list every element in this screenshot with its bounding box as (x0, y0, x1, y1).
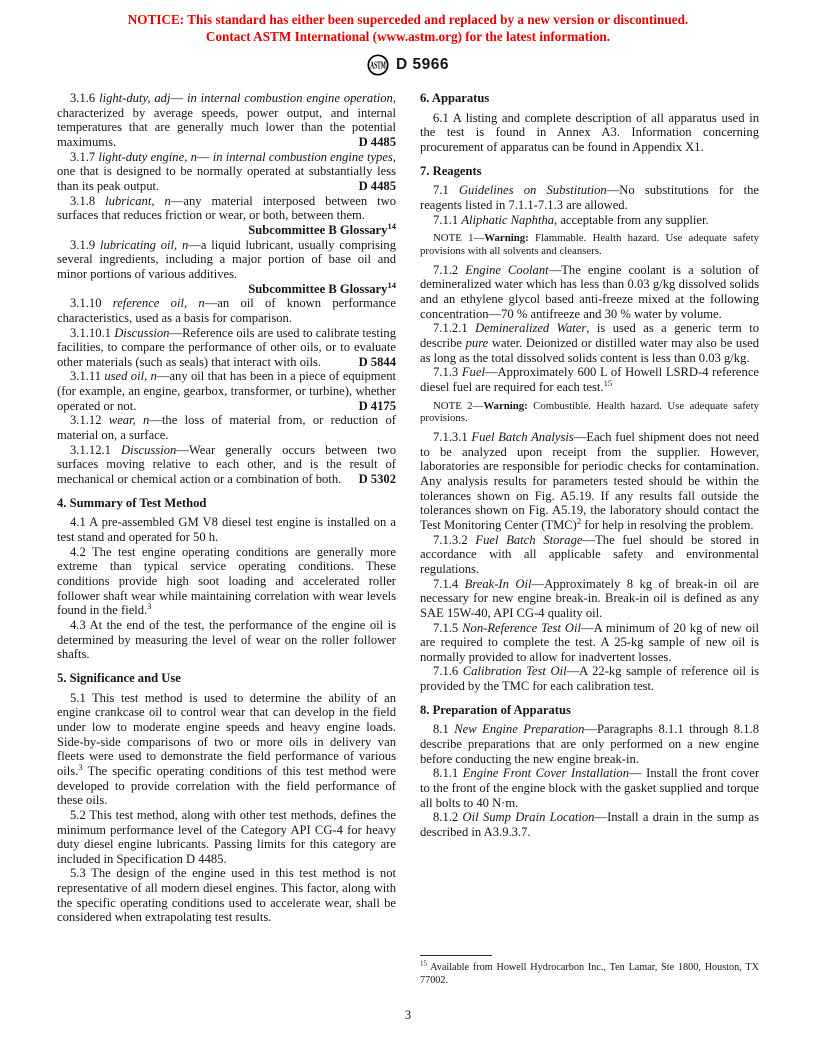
text-run: Calibration Test Oil (463, 664, 567, 678)
text-run: 5. Significance and Use (57, 671, 181, 685)
text-run: lubricating oil, n (100, 238, 188, 252)
text-run: 3.1.7 (70, 150, 98, 164)
text-run: light-duty engine, n (98, 150, 196, 164)
paragraph: 4.3 At the end of the test, the performa… (57, 618, 396, 662)
paragraph: 7.1.3.2 Fuel Batch Storage—The fuel shou… (420, 533, 759, 577)
text-run: 3 (147, 601, 151, 611)
footnote-text: 15 Available from Howell Hydrocarbon Inc… (420, 962, 759, 987)
designation-reference: D 4175 (351, 399, 396, 414)
text-run: New Engine Preparation (454, 722, 584, 736)
paragraph: 3.1.9 lubricating oil, n—a liquid lubric… (57, 238, 396, 282)
astm-logo-icon: ASTM (367, 54, 389, 76)
section-heading: 7. Reagents (420, 164, 759, 179)
text-run: Fuel (462, 365, 485, 379)
text-run: light-duty, adj (99, 91, 170, 105)
text-run: 14 (387, 279, 396, 289)
designation-reference: D 5302 (351, 472, 396, 487)
paragraph: 7.1.6 Calibration Test Oil—A 22-kg sampl… (420, 664, 759, 693)
text-run: Discussion (114, 326, 169, 340)
text-run: 5.2 This test method, along with other t… (57, 808, 396, 866)
paragraph: 3.1.11 used oil, n—any oil that has been… (57, 369, 396, 413)
text-run: for help in resolving the problem. (581, 518, 753, 532)
svg-text:ASTM: ASTM (370, 60, 386, 71)
document-page: NOTICE: This standard has either been su… (0, 0, 816, 1056)
text-run: Warning: (484, 232, 528, 244)
text-run: Non-Reference Test Oil (462, 621, 581, 635)
text-run: lubricant, n (105, 194, 171, 208)
text-run: 14 (387, 221, 396, 231)
text-run: Engine Front Cover Installation (463, 766, 629, 780)
paragraph: 7.1.5 Non-Reference Test Oil—A minimum o… (420, 621, 759, 665)
text-run: Aliphatic Naphtha (461, 213, 554, 227)
text-run: Engine Coolant (465, 263, 548, 277)
text-run: — (170, 91, 186, 105)
page-number: 3 (0, 1008, 816, 1023)
paragraph: 3.1.10.1 Discussion—Reference oils are u… (57, 326, 396, 370)
column-right: 6. Apparatus6.1 A listing and complete d… (420, 91, 759, 987)
text-run: Fuel Batch Analysis (471, 430, 573, 444)
paragraph: 7.1.1 Aliphatic Naphtha, acceptable from… (420, 213, 759, 228)
note-paragraph: NOTE 2—Warning: Combustible. Health haza… (420, 400, 759, 425)
footnote-rule (420, 955, 492, 956)
paragraph: 8.1.2 Oil Sump Drain Location—Install a … (420, 810, 759, 839)
two-column-body: 3.1.6 light-duty, adj— in internal combu… (57, 91, 759, 987)
text-run: NOTE 1— (433, 232, 484, 244)
text-run: 3.1.12 (70, 413, 109, 427)
paragraph: 5.2 This test method, along with other t… (57, 808, 396, 867)
text-run: 7.1.4 (433, 577, 465, 591)
text-run: 7.1.3.1 (433, 430, 471, 444)
text-run: 4.3 At the end of the test, the performa… (57, 618, 396, 661)
paragraph: 7.1.3 Fuel—Approximately 600 L of Howell… (420, 365, 759, 394)
text-run: 4.2 The test engine operating conditions… (57, 545, 396, 618)
paragraph: 7.1.2.1 Demineralized Water, is used as … (420, 321, 759, 365)
designation-reference: D 5844 (351, 355, 396, 370)
section-heading: 4. Summary of Test Method (57, 496, 396, 511)
text-run: 3.1.9 (70, 238, 100, 252)
text-run: — (197, 150, 213, 164)
paragraph: 6.1 A listing and complete description o… (420, 111, 759, 155)
text-run: 6.1 A listing and complete description o… (420, 111, 759, 154)
note-paragraph: NOTE 1—Warning: Flammable. Health hazard… (420, 232, 759, 257)
text-run: 7.1 (433, 183, 459, 197)
text-run: 7.1.1 (433, 213, 461, 227)
standard-header: ASTM D 5966 (0, 53, 816, 77)
text-run: 8. Preparation of Apparatus (420, 703, 571, 717)
text-run: 7.1.5 (433, 621, 462, 635)
text-run: Subcommittee B Glossary (248, 223, 387, 237)
paragraph: 3.1.12.1 Discussion—Wear generally occur… (57, 443, 396, 487)
paragraph: 5.3 The design of the engine used in thi… (57, 866, 396, 925)
text-run: 3.1.8 (70, 194, 105, 208)
text-run: 7.1.6 (433, 664, 463, 678)
section-heading: 5. Significance and Use (57, 671, 396, 686)
text-run: 8.1.1 (433, 766, 463, 780)
text-run: 7.1.2.1 (433, 321, 475, 335)
paragraph: 7.1.3.1 Fuel Batch Analysis—Each fuel sh… (420, 430, 759, 533)
text-run: The specific operating conditions of thi… (57, 764, 396, 807)
text-run: 4.1 A pre-assembled GM V8 diesel test en… (57, 515, 396, 544)
paragraph: 3.1.6 light-duty, adj— in internal combu… (57, 91, 396, 150)
column-left: 3.1.6 light-duty, adj— in internal combu… (57, 91, 396, 987)
standard-designation: D 5966 (396, 56, 449, 74)
text-run: used oil, n (104, 369, 157, 383)
text-run: 5.3 The design of the engine used in thi… (57, 866, 396, 924)
paragraph: 4.2 The test engine operating conditions… (57, 545, 396, 618)
text-run: 3.1.10.1 (70, 326, 114, 340)
paragraph: 7.1.2 Engine Coolant—The engine coolant … (420, 263, 759, 322)
text-run: 3.1.10 (70, 296, 113, 310)
text-run: Break-In Oil (465, 577, 532, 591)
paragraph: 3.1.7 light-duty engine, n— in internal … (57, 150, 396, 194)
text-run: in internal combustion engine types (213, 150, 393, 164)
paragraph: 8.1 New Engine Preparation—Paragraphs 8.… (420, 722, 759, 766)
paragraph: 3.1.10 reference oil, n—an oil of known … (57, 296, 396, 325)
text-run: 15 (420, 961, 427, 968)
text-run: 8.1.2 (433, 810, 463, 824)
text-run: 7.1.3.2 (433, 533, 475, 547)
paragraph: 7.1 Guidelines on Substitution—No substi… (420, 183, 759, 212)
text-run: 7. Reagents (420, 164, 482, 178)
text-run: wear, n (109, 413, 150, 427)
text-run: Fuel Batch Storage (475, 533, 582, 547)
paragraph: 3.1.12 wear, n—the loss of material from… (57, 413, 396, 442)
text-run: 4. Summary of Test Method (57, 496, 206, 510)
attribution-line: Subcommittee B Glossary14 (57, 223, 396, 238)
paragraph: 7.1.4 Break-In Oil—Approximately 8 kg of… (420, 577, 759, 621)
notice-line-1: NOTICE: This standard has either been su… (0, 12, 816, 29)
text-run: , acceptable from any supplier. (554, 213, 709, 227)
text-run: Subcommittee B Glossary (248, 282, 387, 296)
text-run: Warning: (483, 400, 527, 412)
text-run: in internal combustion engine operation (187, 91, 393, 105)
text-run: 3.1.12.1 (70, 443, 121, 457)
text-run: —Each fuel shipment does not need to be … (420, 430, 759, 532)
text-run: 3.1.11 (70, 369, 104, 383)
text-run: reference oil, n (113, 296, 205, 310)
paragraph: 8.1.1 Engine Front Cover Installation— I… (420, 766, 759, 810)
paragraph: 4.1 A pre-assembled GM V8 diesel test en… (57, 515, 396, 544)
text-run: 7.1.3 (433, 365, 462, 379)
attribution-line: Subcommittee B Glossary14 (57, 282, 396, 297)
footnote: 15 Available from Howell Hydrocarbon Inc… (420, 955, 759, 987)
paragraph: 5.1 This test method is used to determin… (57, 691, 396, 808)
text-run: Demineralized Water (475, 321, 586, 335)
text-run: pure (466, 336, 489, 350)
designation-reference: D 4485 (351, 179, 396, 194)
notice-line-2: Contact ASTM International (www.astm.org… (0, 29, 816, 46)
supersession-notice: NOTICE: This standard has either been su… (0, 0, 816, 45)
text-run: Discussion (121, 443, 176, 457)
text-run: 6. Apparatus (420, 91, 489, 105)
text-run: Oil Sump Drain Location (463, 810, 595, 824)
paragraph: 3.1.8 lubricant, n—any material interpos… (57, 194, 396, 223)
section-heading: 6. Apparatus (420, 91, 759, 106)
text-run: 7.1.2 (433, 263, 465, 277)
text-run: NOTE 2— (433, 400, 483, 412)
text-run: Guidelines on Substitution (459, 183, 607, 197)
text-run: 3.1.6 (70, 91, 99, 105)
text-run: 8.1 (433, 722, 454, 736)
text-run: Available from Howell Hydrocarbon Inc., … (420, 962, 759, 986)
section-heading: 8. Preparation of Apparatus (420, 703, 759, 718)
text-run: 15 (604, 378, 613, 388)
designation-reference: D 4485 (351, 135, 396, 150)
